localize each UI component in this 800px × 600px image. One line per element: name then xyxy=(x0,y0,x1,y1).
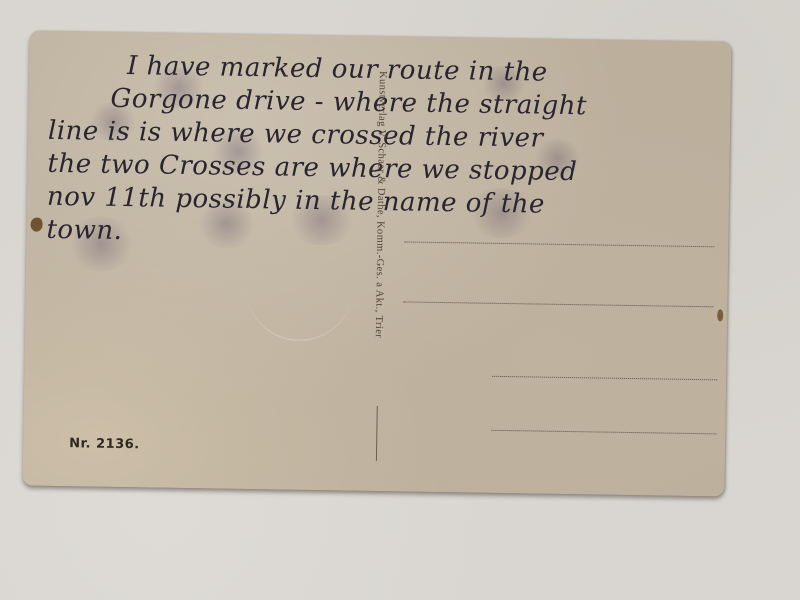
postcard-back: I have marked our route in the Gorgone d… xyxy=(22,31,731,497)
handwritten-message: I have marked our route in the Gorgone d… xyxy=(46,49,689,257)
address-line-3 xyxy=(492,376,717,381)
address-line-2 xyxy=(403,301,713,307)
edge-stain xyxy=(717,309,723,321)
address-line-4 xyxy=(491,430,716,435)
edge-stain xyxy=(30,218,42,232)
faded-stamp-outline xyxy=(245,274,354,342)
catalog-number: Nr. 2136. xyxy=(69,436,140,452)
